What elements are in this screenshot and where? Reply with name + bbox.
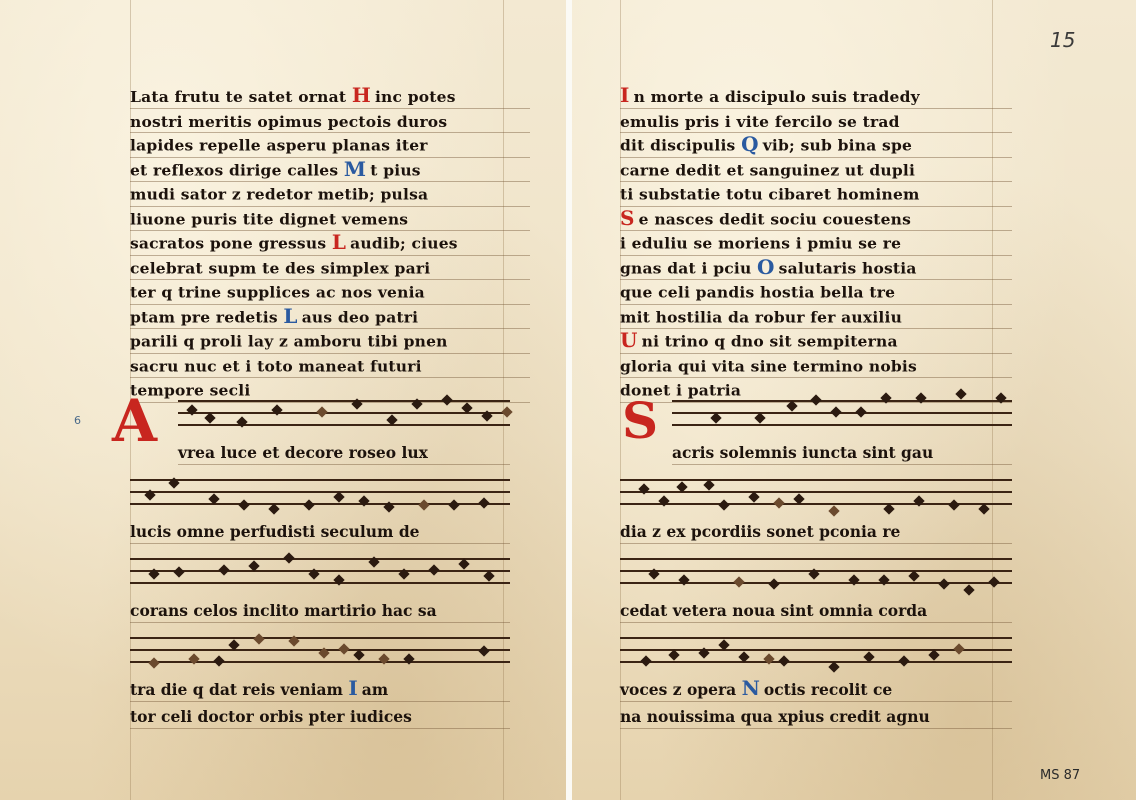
music-staff [620, 629, 1012, 675]
lyric-line: voces z opera Noctis recolit ce [620, 675, 1012, 702]
lyric-line: lucis omne perfudisti seculum de [130, 517, 510, 544]
blue-initial: Q [741, 134, 759, 154]
rubric-initial: H [352, 85, 371, 105]
text-line: lapides repelle asperu planas iter [130, 133, 530, 158]
text-line: gnas dat i pciu Osalutaris hostia [620, 256, 1012, 281]
blue-initial: M [344, 159, 366, 179]
lyric-line: vrea luce et decore roseo lux [178, 438, 510, 465]
text-line: Lata frutu te satet ornat Hinc potes [130, 84, 530, 109]
text-line: In morte a discipulo suis tradedy [620, 84, 1012, 109]
left-text-block: Lata frutu te satet ornat Hinc potes nos… [130, 84, 530, 403]
blue-initial: O [757, 257, 775, 277]
left-leaf: 6 Lata frutu te satet ornat Hinc potes n… [0, 0, 566, 800]
rubric-initial: L [332, 232, 346, 252]
shelfmark: MS 87 [1040, 768, 1080, 783]
text-line: que celi pandis hostia bella tre [620, 280, 1012, 305]
text-line: sacratos pone gressus Laudib; ciues [130, 231, 530, 256]
rubric-initial: U [620, 330, 638, 350]
text-line: mit hostilia da robur fer auxiliu [620, 305, 1012, 330]
text-line: ter q trine supplices ac nos venia [130, 280, 530, 305]
music-staff [130, 550, 510, 596]
text-line: gloria qui vita sine termino nobis [620, 354, 1012, 379]
text-line: i eduliu se moriens i pmiu se re [620, 231, 1012, 256]
text-line: ptam pre redetis Laus deo patri [130, 305, 530, 330]
blue-initial: L [283, 306, 297, 326]
blue-initial: N [742, 678, 760, 698]
right-text-block: In morte a discipulo suis tradedy emulis… [620, 84, 1012, 403]
text-line: mudi sator z redetor metib; pulsa [130, 182, 530, 207]
text-line: Uni trino q dno sit sempiterna [620, 329, 1012, 354]
text-line: celebrat supm te des simplex pari [130, 256, 530, 281]
text-line: nostri meritis opimus pectois duros [130, 109, 530, 134]
right-leaf: 15 MS 87 In morte a discipulo suis trade… [572, 0, 1136, 800]
lyric-line: acris solemnis iuncta sint gau [672, 438, 1012, 465]
lyric-line: tor celi doctor orbis pter iudices [130, 702, 510, 729]
text-line: Se nasces dedit sociu couestens [620, 207, 1012, 232]
text-line: liuone puris tite dignet vemens [130, 207, 530, 232]
text-line: sacru nuc et i toto maneat futuri [130, 354, 530, 379]
text-line: et reflexos dirige calles Mt pius [130, 158, 530, 183]
text-line: dit discipulis Qvib; sub bina spe [620, 133, 1012, 158]
rubric-initial: I [620, 85, 630, 105]
music-staff [672, 392, 1012, 438]
music-staff [130, 629, 510, 675]
text-line: emulis pris i vite fercilo se trad [620, 109, 1012, 134]
lyric-line: cedat vetera noua sint omnia corda [620, 596, 1012, 623]
music-staff [620, 471, 1012, 517]
lyric-line: dia z ex pcordiis sonet pconia re [620, 517, 1012, 544]
folio-number: 15 [1050, 28, 1075, 52]
blue-initial: I [348, 678, 357, 698]
music-staff [620, 550, 1012, 596]
left-music-block: vrea luce et decore roseo lux lucis omne… [130, 386, 510, 729]
text-line: parili q proli lay z amboru tibi pnen [130, 329, 530, 354]
music-staff [130, 471, 510, 517]
text-line: carne dedit et sanguinez ut dupli [620, 158, 1012, 183]
lyric-line: tra die q dat reis veniam Iam [130, 675, 510, 702]
right-music-block: acris solemnis iuncta sint gau dia z ex … [620, 386, 1012, 729]
margin-pencil-mark: 6 [74, 414, 81, 427]
music-staff [178, 392, 510, 438]
lyric-line: na nouissima qua xpius credit agnu [620, 702, 1012, 729]
rubric-initial: S [620, 208, 635, 228]
lyric-line: corans celos inclito martirio hac sa [130, 596, 510, 623]
text-line: ti substatie totu cibaret hominem [620, 182, 1012, 207]
